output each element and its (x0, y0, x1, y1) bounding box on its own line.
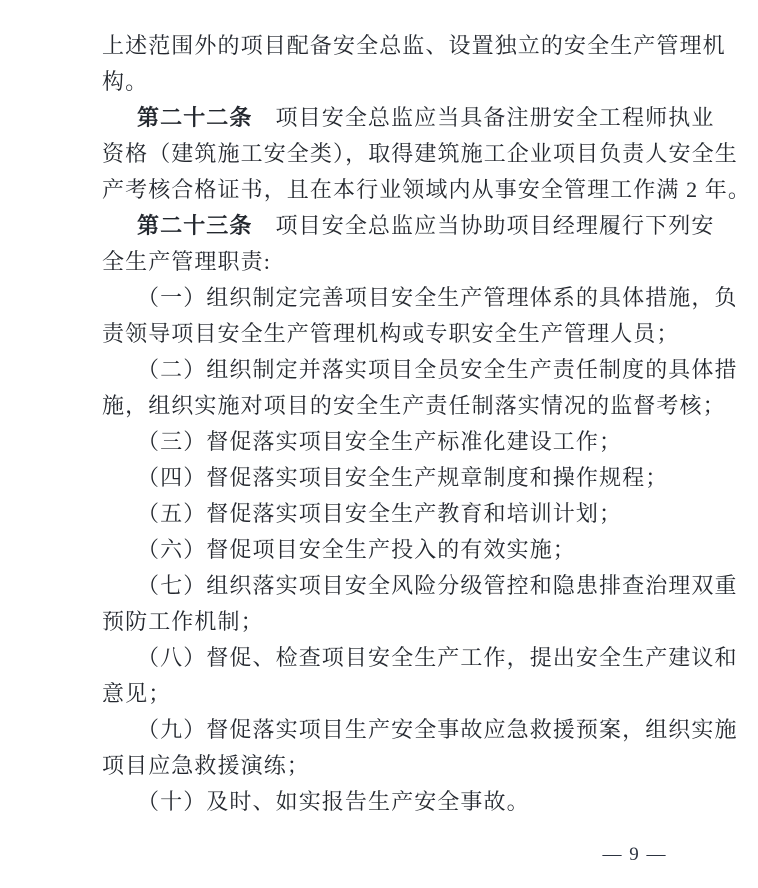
text-line: 意见； (102, 676, 742, 712)
text-line: 第二十三条项目安全总监应当协助项目经理履行下列安 (102, 208, 742, 244)
article-heading: 第二十二条 (137, 105, 253, 130)
text-line: （一）组织制定完善项目安全生产管理体系的具体措施，负 (102, 280, 742, 316)
text-segment: 全生产管理职责: (102, 249, 271, 274)
text-line: （六）督促项目安全生产投入的有效实施； (102, 532, 742, 568)
text-line: 产考核合格证书，且在本行业领域内从事安全管理工作满 2 年。 (102, 172, 742, 208)
text-segment: （九）督促落实项目生产安全事故应急救援预案，组织实施 (137, 717, 738, 742)
text-segment: 资格（建筑施工安全类），取得建筑施工企业项目负责人安全生 (102, 141, 738, 166)
text-line: （四）督促落实项目安全生产规章制度和操作规程； (102, 460, 742, 496)
text-line: （五）督促落实项目安全生产教育和培训计划； (102, 496, 742, 532)
text-segment: 预防工作机制； (102, 609, 264, 634)
text-segment: （八）督促、检查项目安全生产工作，提出安全生产建议和 (137, 645, 738, 670)
text-segment: 构。 (102, 69, 148, 94)
document-page: { "page": { "background": "#ffffff", "te… (0, 0, 758, 888)
text-segment: 责领导项目安全生产管理机构或专职安全生产管理人员； (102, 321, 680, 346)
text-line: 施，组织实施对项目的安全生产责任制落实情况的监督考核； (102, 388, 742, 424)
text-segment: 上述范围外的项目配备安全总监、设置独立的安全生产管理机 (102, 33, 726, 58)
text-segment: 产考核合格证书，且在本行业领域内从事安全管理工作满 2 年。 (102, 177, 751, 202)
text-line: （九）督促落实项目生产安全事故应急救援预案，组织实施 (102, 712, 742, 748)
text-segment: （一）组织制定完善项目安全生产管理体系的具体措施，负 (137, 285, 738, 310)
text-line: 全生产管理职责: (102, 244, 742, 280)
text-line: 第二十二条项目安全总监应当具备注册安全工程师执业 (102, 100, 742, 136)
text-segment: （四）督促落实项目安全生产规章制度和操作规程； (137, 465, 668, 490)
text-line: 构。 (102, 64, 742, 100)
text-line: （三）督促落实项目安全生产标准化建设工作； (102, 424, 742, 460)
text-segment: 意见； (102, 681, 171, 706)
text-line: （七）组织落实项目安全风险分级管控和隐患排查治理双重 (102, 568, 742, 604)
document-body: 上述范围外的项目配备安全总监、设置独立的安全生产管理机构。第二十二条项目安全总监… (102, 28, 742, 820)
text-line: （二）组织制定并落实项目全员安全生产责任制度的具体措 (102, 352, 742, 388)
text-segment: （二）组织制定并落实项目全员安全生产责任制度的具体措 (137, 357, 738, 382)
article-heading: 第二十三条 (137, 213, 253, 238)
text-segment: 项目应急救援演练； (102, 753, 310, 778)
text-segment: （六）督促项目安全生产投入的有效实施； (137, 537, 576, 562)
text-segment: 施，组织实施对项目的安全生产责任制落实情况的监督考核； (102, 393, 726, 418)
text-segment: 项目安全总监应当具备注册安全工程师执业 (276, 105, 715, 130)
text-line: （八）督促、检查项目安全生产工作，提出安全生产建议和 (102, 640, 742, 676)
text-segment: 项目安全总监应当协助项目经理履行下列安 (276, 213, 715, 238)
text-line: 上述范围外的项目配备安全总监、设置独立的安全生产管理机 (102, 28, 742, 64)
text-segment: （七）组织落实项目安全风险分级管控和隐患排查治理双重 (137, 573, 738, 598)
text-line: 预防工作机制； (102, 604, 742, 640)
page-number: — 9 — (603, 843, 668, 867)
text-segment: （三）督促落实项目安全生产标准化建设工作； (137, 429, 622, 454)
text-segment: （十）及时、如实报告生产安全事故。 (137, 789, 530, 814)
text-line: （十）及时、如实报告生产安全事故。 (102, 784, 742, 820)
text-line: 项目应急救援演练； (102, 748, 742, 784)
text-line: 责领导项目安全生产管理机构或专职安全生产管理人员； (102, 316, 742, 352)
text-line: 资格（建筑施工安全类），取得建筑施工企业项目负责人安全生 (102, 136, 742, 172)
text-segment: （五）督促落实项目安全生产教育和培训计划； (137, 501, 622, 526)
